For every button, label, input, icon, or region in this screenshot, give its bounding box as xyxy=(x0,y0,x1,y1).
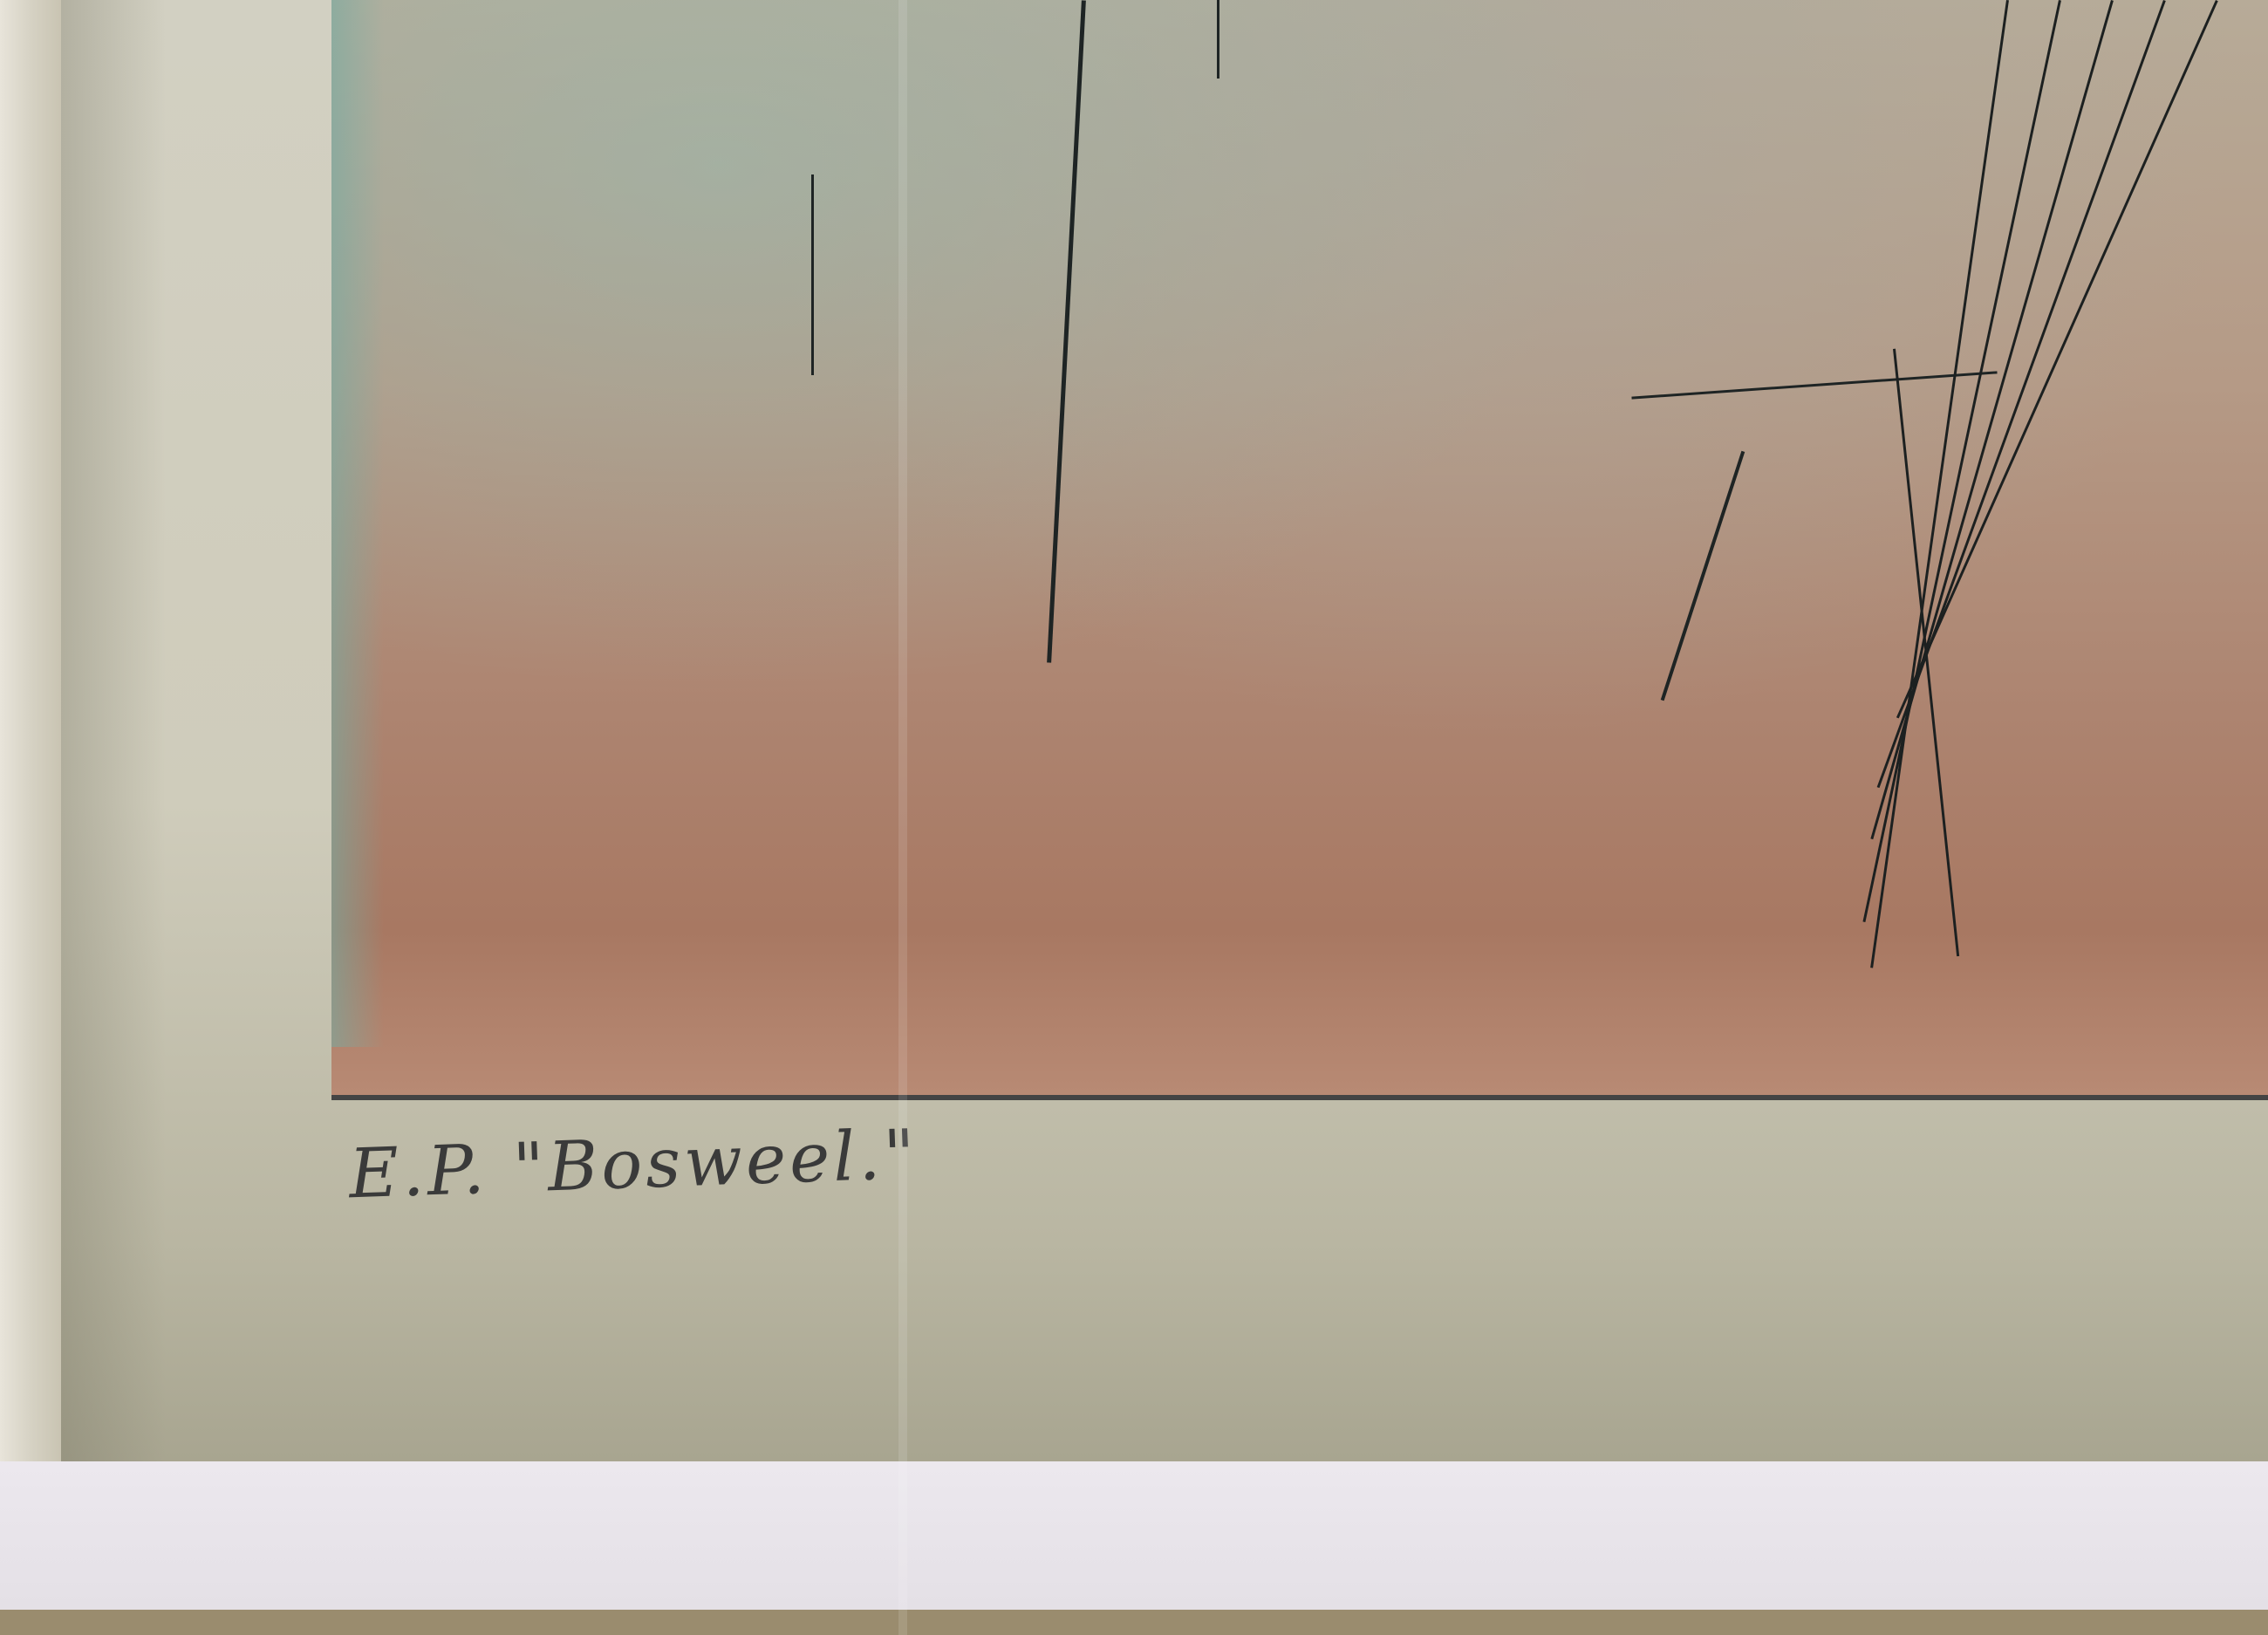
ink-stroke xyxy=(811,174,814,375)
frame-outer-edge xyxy=(0,1610,2268,1635)
ink-stroke xyxy=(1217,0,1219,79)
glass-glare xyxy=(898,0,907,1635)
artwork-green-fringe xyxy=(331,0,384,1047)
mat-shadow xyxy=(61,0,166,1461)
artwork-watercolor-wash xyxy=(331,0,2268,1100)
frame-left-edge xyxy=(0,0,61,1635)
frame-bottom-edge xyxy=(0,1461,2268,1610)
